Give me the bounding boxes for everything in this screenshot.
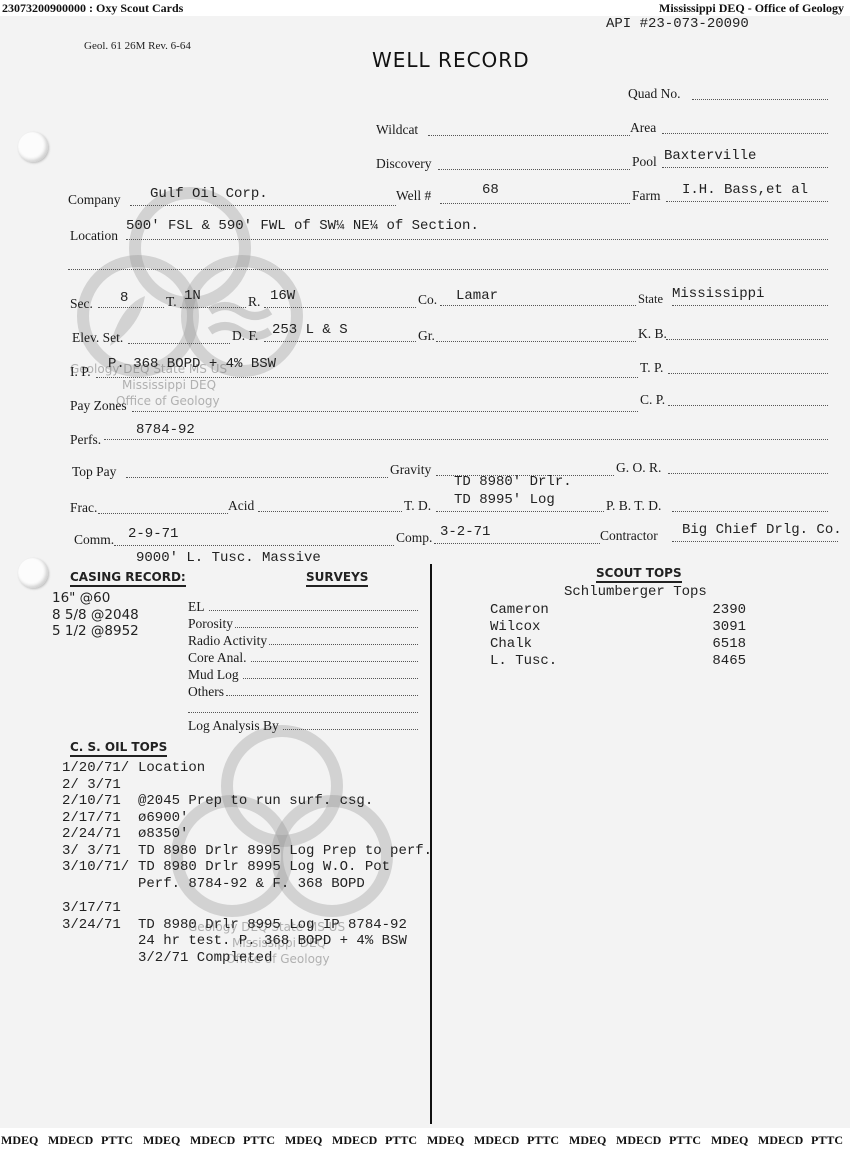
- log-entry: 2/17/71ø6900': [62, 810, 432, 827]
- punch-hole-icon: [18, 132, 48, 162]
- label-gravity: Gravity: [390, 462, 431, 478]
- value-location: 500' FSL & 590' FWL of SW¼ NE¼ of Sectio…: [126, 218, 479, 234]
- footer-item: MDECD: [48, 1133, 93, 1148]
- value-farm: I.H. Bass,et al: [682, 182, 808, 198]
- footer-item: MDEQ: [711, 1133, 748, 1148]
- page-title: WELL RECORD: [372, 48, 530, 72]
- log-entry: 3/10/71/TD 8980 Drlr 8995 Log W.O. Pot: [62, 859, 432, 876]
- label-comm: Comm.: [74, 532, 114, 548]
- field-contractor-line: [672, 540, 838, 542]
- log-date: 2/24/71: [62, 826, 138, 843]
- casing-record-list: 16" @60 8 5/8 @2048 5 1/2 @8952: [52, 590, 139, 640]
- field-comm-line: [114, 544, 394, 546]
- label-sec: Sec.: [70, 296, 93, 312]
- survey-label: Radio Activity: [188, 632, 267, 649]
- label-td: T. D.: [404, 498, 431, 514]
- field-location-line: [126, 238, 828, 240]
- field-comp-line: [434, 542, 600, 544]
- footer-item: MDECD: [758, 1133, 803, 1148]
- field-ip-line: [96, 376, 638, 378]
- field-gr: [436, 340, 636, 342]
- value-township: 1N: [184, 288, 201, 304]
- field-pool-line: [662, 166, 828, 168]
- label-elev-set: Elev. Set.: [72, 330, 123, 346]
- footer-item: MDECD: [190, 1133, 235, 1148]
- log-date: 3/ 3/71: [62, 843, 138, 860]
- field-county-line: [440, 304, 636, 306]
- scout-tops-table: Cameron2390 Wilcox3091 Chalk6518 L. Tusc…: [490, 602, 746, 670]
- label-pay-zones: Pay Zones: [70, 398, 127, 414]
- footer-agencies: MDEQ MDECD PTTC MDEQ MDECD PTTC MDEQ MDE…: [0, 1133, 850, 1150]
- value-ip: P. 368 BOPD + 4% BSW: [108, 356, 276, 372]
- log-text: TD 8980 Drlr 8995 Log Prep to perf.: [138, 843, 432, 860]
- field-farm-line: [666, 200, 828, 202]
- table-row: L. Tusc.8465: [490, 653, 746, 670]
- formation-depth: 8465: [712, 653, 746, 670]
- value-contractor: Big Chief Drlg. Co.: [682, 522, 842, 538]
- field-elev-set: [128, 342, 230, 344]
- value-pool: Baxterville: [664, 148, 756, 164]
- formation-depth: 6518: [712, 636, 746, 653]
- log-date: 2/17/71: [62, 810, 138, 827]
- field-company-line: [130, 204, 396, 206]
- field-state-line: [672, 304, 828, 306]
- formation-depth: 2390: [712, 602, 746, 619]
- log-entry: 24 hr test. P. 368 BOPD + 4% BSW: [62, 933, 432, 950]
- value-range: 16W: [270, 288, 295, 304]
- footer-item: MDEQ: [427, 1133, 464, 1148]
- well-record-card: Geology DEQ State MS US Mississippi DEQ …: [0, 16, 850, 1128]
- label-quad-no: Quad No.: [628, 86, 681, 102]
- label-gor: G. O. R.: [616, 460, 661, 476]
- survey-label: EL: [188, 598, 205, 615]
- field-sec-line: [98, 306, 164, 308]
- formation-name: Cameron: [490, 602, 549, 619]
- value-sec: 8: [120, 290, 128, 306]
- survey-label: Core Anal.: [188, 649, 247, 666]
- casing-item: 16" @60: [52, 590, 139, 607]
- survey-row: Log Analysis By: [188, 717, 418, 734]
- label-tp: T. P.: [640, 360, 663, 376]
- survey-row: [188, 700, 418, 717]
- footer-item: MDEQ: [285, 1133, 322, 1148]
- formation-name: Chalk: [490, 636, 532, 653]
- label-wildcat: Wildcat: [376, 122, 418, 138]
- log-text: 24 hr test. P. 368 BOPD + 4% BSW: [138, 933, 407, 950]
- value-company: Gulf Oil Corp.: [150, 186, 268, 202]
- label-range: R.: [248, 294, 260, 310]
- label-pool: Pool: [632, 154, 657, 170]
- value-td-drlr: TD 8980' Drlr.: [454, 474, 572, 490]
- log-text: 3/2/71 Completed: [138, 950, 272, 967]
- document-id: 23073200900000 : Oxy Scout Cards: [2, 0, 183, 16]
- field-perfs-line: [104, 438, 828, 440]
- table-row: Chalk6518: [490, 636, 746, 653]
- footer-item: PTTC: [811, 1133, 843, 1148]
- api-number: API #23-073-20090: [606, 16, 749, 32]
- survey-label: Mud Log: [188, 666, 239, 683]
- watermark-text: Office of Geology: [116, 394, 220, 408]
- field-discovery: [438, 168, 630, 170]
- value-df: 253 L & S: [272, 322, 348, 338]
- label-township: T.: [166, 294, 177, 310]
- document-header-bar: 23073200900000 : Oxy Scout Cards Mississ…: [0, 0, 850, 16]
- field-location-line-2: [68, 268, 828, 270]
- field-df-line: [264, 340, 416, 342]
- footer-item: MDEQ: [143, 1133, 180, 1148]
- log-date: [62, 933, 138, 950]
- footer-item: MDECD: [474, 1133, 519, 1148]
- value-perfs: 8784-92: [136, 422, 195, 438]
- field-frac: [98, 512, 228, 514]
- field-td-line: [436, 510, 604, 512]
- log-entry: 3/24/71TD 8980 Drlr 8995 Log IP 8784-92: [62, 917, 432, 934]
- document-source: Mississippi DEQ - Office of Geology: [659, 0, 844, 16]
- field-tp: [668, 372, 828, 374]
- value-comm: 2-9-71: [128, 526, 178, 542]
- formation-depth: 3091: [712, 619, 746, 636]
- formation-name: L. Tusc.: [490, 653, 557, 670]
- footer-item: PTTC: [527, 1133, 559, 1148]
- value-objective: 9000' L. Tusc. Massive: [136, 550, 321, 566]
- log-entry: 2/10/71@2045 Prep to run surf. csg.: [62, 793, 432, 810]
- surveys-list: EL Porosity Radio Activity Core Anal. Mu…: [188, 598, 418, 734]
- survey-row: Core Anal.: [188, 649, 418, 666]
- footer-item: MDECD: [616, 1133, 661, 1148]
- field-area: [662, 132, 828, 134]
- label-company: Company: [68, 192, 121, 208]
- log-text: ø6900': [138, 810, 188, 827]
- label-county: Co.: [418, 292, 437, 308]
- field-wildcat: [428, 134, 630, 136]
- label-area: Area: [630, 120, 656, 136]
- label-ip: I. P.: [70, 364, 91, 380]
- log-text: Location: [138, 760, 205, 777]
- label-kb: K. B.: [638, 326, 667, 342]
- log-date: 2/10/71: [62, 793, 138, 810]
- label-comp: Comp.: [396, 530, 432, 546]
- casing-item: 8 5/8 @2048: [52, 607, 139, 624]
- label-location: Location: [70, 228, 118, 244]
- label-top-pay: Top Pay: [72, 464, 116, 480]
- log-text: TD 8980 Drlr 8995 Log W.O. Pot: [138, 859, 390, 876]
- label-frac: Frac.: [70, 500, 97, 516]
- value-state: Mississippi: [672, 286, 764, 302]
- footer-item: PTTC: [669, 1133, 701, 1148]
- label-perfs: Perfs.: [70, 432, 101, 448]
- footer-item: MDEQ: [569, 1133, 606, 1148]
- footer-item: MDEQ: [1, 1133, 38, 1148]
- log-date: 3/10/71/: [62, 859, 138, 876]
- field-pay-zones: [132, 410, 638, 412]
- value-comp: 3-2-71: [440, 524, 490, 540]
- field-top-pay: [126, 476, 388, 478]
- scout-tops-subheading: Schlumberger Tops: [564, 584, 707, 600]
- survey-row: EL: [188, 598, 418, 615]
- log-date: [62, 950, 138, 967]
- field-gor: [668, 472, 828, 474]
- scout-tops-heading: SCOUT TOPS: [596, 566, 682, 583]
- log-entry: 2/24/71ø8350': [62, 826, 432, 843]
- footer-item: PTTC: [101, 1133, 133, 1148]
- casing-record-heading: CASING RECORD:: [70, 570, 186, 587]
- survey-row: Porosity: [188, 615, 418, 632]
- label-contractor: Contractor: [600, 528, 658, 544]
- log-text: ø8350': [138, 826, 188, 843]
- field-well-number-line: [440, 202, 630, 204]
- log-entry: 2/ 3/71: [62, 777, 432, 794]
- label-gr: Gr.: [418, 328, 435, 344]
- field-pbtd: [672, 510, 828, 512]
- footer-item: PTTC: [385, 1133, 417, 1148]
- cs-oil-tops-log: 1/20/71/Location 2/ 3/71 2/10/71@2045 Pr…: [62, 760, 432, 966]
- field-quad-no: [692, 98, 828, 100]
- field-township-line: [180, 306, 246, 308]
- survey-label: Others: [188, 683, 224, 700]
- log-date: [62, 876, 138, 893]
- survey-row: Mud Log: [188, 666, 418, 683]
- form-number: Geol. 61 26M Rev. 6-64: [84, 40, 191, 52]
- surveys-heading: SURVEYS: [306, 570, 368, 587]
- survey-label: Log Analysis By: [188, 717, 279, 734]
- watermark-text: Mississippi DEQ: [122, 378, 216, 392]
- log-text: @2045 Prep to run surf. csg.: [138, 793, 373, 810]
- cs-oil-tops-heading: C. S. OIL TOPS: [70, 740, 167, 757]
- field-kb: [666, 338, 828, 340]
- log-entry: 1/20/71/Location: [62, 760, 432, 777]
- survey-label: Porosity: [188, 615, 233, 632]
- label-well-number: Well #: [396, 188, 431, 204]
- survey-row: Radio Activity: [188, 632, 418, 649]
- log-date: 3/17/71: [62, 900, 138, 917]
- log-date: 1/20/71/: [62, 760, 138, 777]
- label-discovery: Discovery: [376, 156, 431, 172]
- label-farm: Farm: [632, 188, 661, 204]
- log-entry: 3/ 3/71TD 8980 Drlr 8995 Log Prep to per…: [62, 843, 432, 860]
- label-pbtd: P. B. T. D.: [606, 498, 661, 514]
- table-row: Wilcox3091: [490, 619, 746, 636]
- log-date: 2/ 3/71: [62, 777, 138, 794]
- label-acid: Acid: [228, 498, 254, 514]
- punch-hole-icon: [18, 558, 48, 588]
- log-entry: Perf. 8784-92 & F. 368 BOPD: [62, 876, 432, 893]
- value-well-number: 68: [482, 182, 499, 198]
- value-county: Lamar: [456, 288, 498, 304]
- log-entry: 3/17/71: [62, 900, 432, 917]
- field-cp: [668, 404, 828, 406]
- value-td-log: TD 8995' Log: [454, 492, 555, 508]
- label-df: D. F.: [232, 328, 258, 344]
- table-row: Cameron2390: [490, 602, 746, 619]
- casing-item: 5 1/2 @8952: [52, 623, 139, 640]
- log-entry: 3/2/71 Completed: [62, 950, 432, 967]
- label-state: State: [638, 292, 663, 307]
- footer-item: PTTC: [243, 1133, 275, 1148]
- survey-row: Others: [188, 683, 418, 700]
- footer-item: MDECD: [332, 1133, 377, 1148]
- log-text: Perf. 8784-92 & F. 368 BOPD: [138, 876, 365, 893]
- log-text: TD 8980 Drlr 8995 Log IP 8784-92: [138, 917, 407, 934]
- formation-name: Wilcox: [490, 619, 540, 636]
- label-cp: C. P.: [640, 392, 665, 408]
- field-acid: [258, 510, 402, 512]
- log-date: 3/24/71: [62, 917, 138, 934]
- field-range-line: [264, 306, 416, 308]
